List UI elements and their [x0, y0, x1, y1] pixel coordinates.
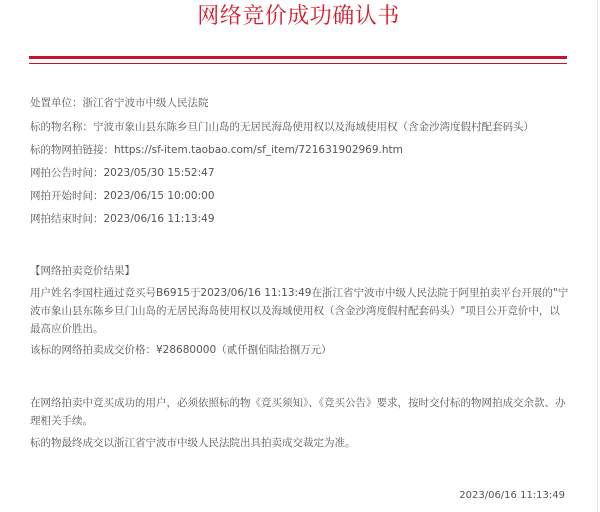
info-value: 浙江省宁波市中级人民法院 — [83, 97, 209, 109]
info-label: 网拍公告时间： — [30, 167, 104, 179]
info-value: 2023/05/30 15:52:47 — [104, 167, 215, 179]
notice-paragraph: 在网络拍卖中竞买成功的用户，必须依照标的物《竞买须知》、《竞买公告》要求，按时交… — [30, 394, 570, 430]
info-label: 网拍开始时间： — [30, 190, 104, 202]
info-label: 标的物网拍链接： — [30, 144, 114, 156]
info-item-link: 标的物网拍链接：https://sf-item.taobao.com/sf_it… — [30, 143, 403, 157]
info-item-name: 标的物名称：宁波市象山县东陈乡旦门山岛的无居民海岛使用权以及海域使用权（含金沙湾… — [30, 120, 534, 134]
final-paragraph: 标的物最终成交以浙江省宁波市中级人民法院出具拍卖成交裁定为准。 — [30, 436, 356, 450]
result-heading: 【网络拍卖竞价结果】 — [30, 264, 135, 278]
price-line: 该标的网络拍卖成交价格：¥28680000（贰仟捌佰陆拾捌万元） — [30, 343, 332, 357]
info-label: 处置单位： — [30, 97, 83, 109]
info-start-time: 网拍开始时间：2023/06/15 10:00:00 — [30, 189, 215, 203]
document-title: 网络竞价成功确认书 — [0, 2, 597, 32]
footer-timestamp: 2023/06/16 11:13:49 — [459, 489, 565, 503]
title-divider-thin — [29, 63, 567, 64]
info-end-time: 网拍结束时间：2023/06/16 11:13:49 — [30, 212, 215, 226]
item-auction-link[interactable]: https://sf-item.taobao.com/sf_item/72163… — [114, 144, 403, 156]
result-paragraph: 用户姓名李国柱通过竞买号B6915于2023/06/16 11:13:49在浙江… — [30, 284, 570, 338]
info-value: 2023/06/16 11:13:49 — [104, 213, 215, 225]
info-value: 2023/06/15 10:00:00 — [104, 190, 215, 202]
info-label: 网拍结束时间： — [30, 213, 104, 225]
info-disposal-unit: 处置单位：浙江省宁波市中级人民法院 — [30, 96, 209, 110]
info-label: 标的物名称： — [30, 121, 93, 133]
title-divider-thick — [29, 56, 567, 59]
info-value: 宁波市象山县东陈乡旦门山岛的无居民海岛使用权以及海域使用权（含金沙湾度假村配套码… — [93, 121, 534, 133]
confirmation-document: 网络竞价成功确认书 处置单位：浙江省宁波市中级人民法院 标的物名称：宁波市象山县… — [0, 0, 598, 512]
info-announce-time: 网拍公告时间：2023/05/30 15:52:47 — [30, 166, 215, 180]
